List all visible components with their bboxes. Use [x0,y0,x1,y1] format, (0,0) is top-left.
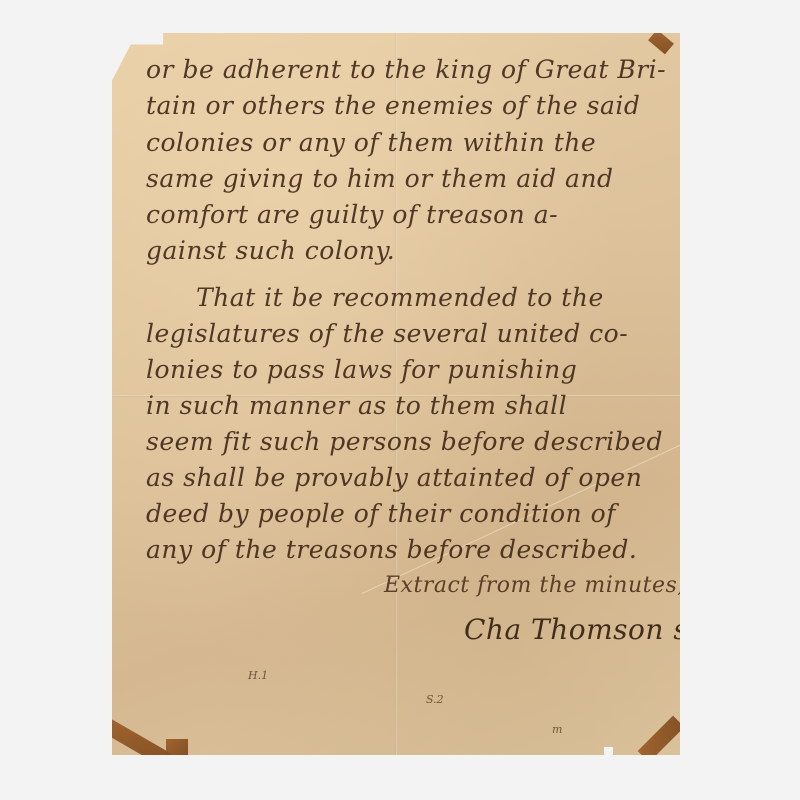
text-line-14: any of the treasons before described. [146,535,637,564]
text-line-6: gainst such colony. [146,236,395,265]
text-line-11: seem fit such persons before described [146,427,663,456]
text-line-13: deed by people of their condition of [146,499,616,528]
mounting-tape-bottom-left [103,719,172,768]
mounting-tape-bottom-left-square [166,739,188,755]
text-line-12: as shall be provably attainted of open [146,463,642,492]
mounting-tape-top-right [648,30,674,55]
text-line-7: That it be recommended to the [146,283,604,312]
text-line-3: colonies or any of them within the [146,128,596,157]
text-line-4: same giving to him or them aid and [146,164,614,193]
text-line-2: tain or others the enemies of the said [146,91,640,120]
edge-notch [604,747,613,757]
mounting-tape-bottom-right [638,716,685,763]
signature: Cha Thomson sec [464,613,721,646]
notation-m: m [552,723,562,736]
text-line-1: or be adherent to the king of Great Bri- [146,55,666,84]
text-line-8: legislatures of the several united co- [146,319,628,348]
text-line-9: lonies to pass laws for punishing [146,355,577,384]
manuscript-page: or be adherent to the king of Great Bri-… [112,33,680,755]
closing-extract-from-minutes: Extract from the minutes, [384,573,685,598]
text-line-10: in such manner as to them shall [146,391,567,420]
text-line-5: comfort are guilty of treason a- [146,200,558,229]
notation-h1: H.1 [248,669,268,682]
notation-s2: S.2 [426,693,444,706]
